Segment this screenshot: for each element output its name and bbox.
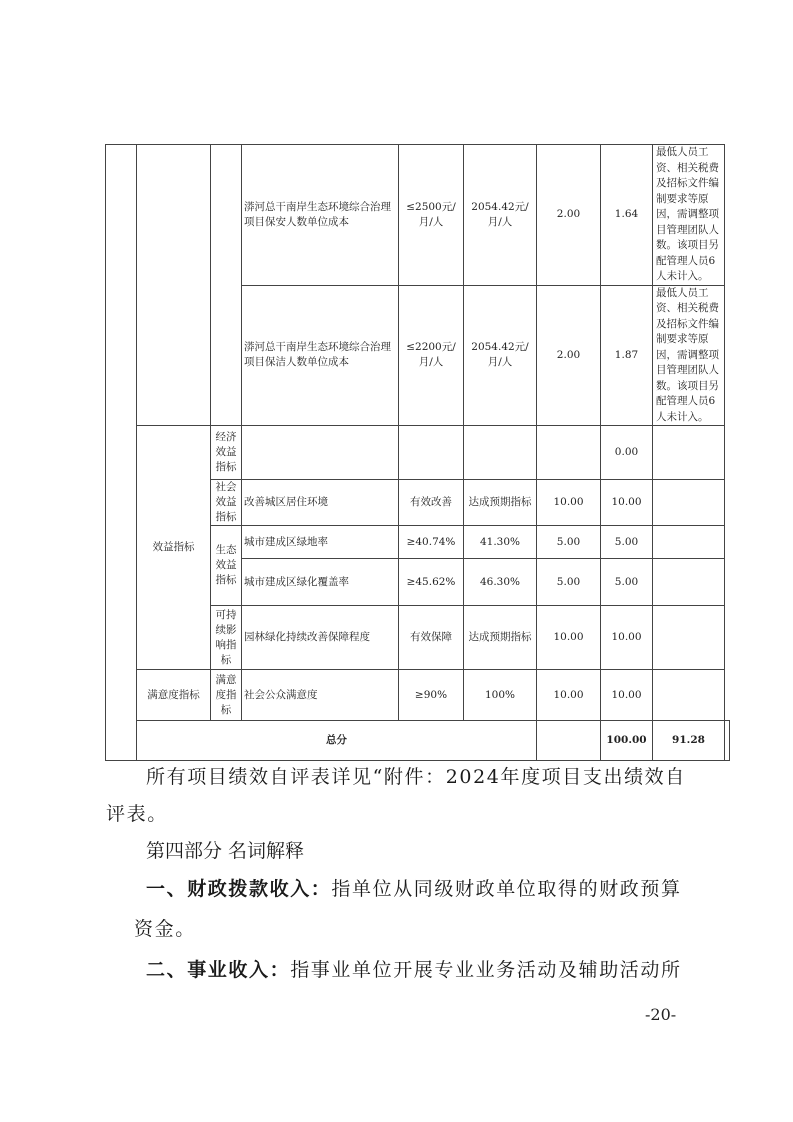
indicator-cell: 城市建成区绿地率: [242, 526, 399, 559]
actual-cell: 2054.42元/月/人: [464, 285, 537, 426]
note-cell: [653, 559, 725, 606]
score-cell: 5.00: [601, 526, 653, 559]
table-row: 漭河总干南岸生态环境综合治理项目保安人数单位成本 ≤2500元/月/人 2054…: [106, 145, 730, 286]
indicator-cell: 漭河总干南岸生态环境综合治理项目保洁人数单位成本: [242, 285, 399, 426]
level2-indicator-cell: [137, 145, 211, 426]
performance-evaluation-table: 漭河总干南岸生态环境综合治理项目保安人数单位成本 ≤2500元/月/人 2054…: [105, 144, 730, 761]
score-cell: 0.00: [601, 426, 653, 480]
weight-cell: 2.00: [537, 285, 601, 426]
term-definition-1-continuation: 资金。: [134, 914, 196, 941]
actual-cell: 46.30%: [464, 559, 537, 606]
score-cell: 5.00: [601, 559, 653, 606]
target-cell: 有效保障: [399, 606, 464, 670]
note-cell: [653, 606, 725, 670]
total-weight-cell: 100.00: [601, 721, 653, 761]
target-cell: [399, 426, 464, 480]
indicator-cell: 改善城区居住环境: [242, 480, 399, 526]
page-number: -20-: [645, 1005, 676, 1024]
note-cell: [653, 526, 725, 559]
score-cell: 1.64: [601, 145, 653, 286]
weight-cell: 10.00: [537, 606, 601, 670]
weight-cell: 5.00: [537, 526, 601, 559]
target-cell: ≥40.74%: [399, 526, 464, 559]
term-text: 指单位从同级财政单位取得的财政预算: [331, 878, 681, 900]
weight-cell: 5.00: [537, 559, 601, 606]
table-row: 满意度指标 满意度指标 社会公众满意度 ≥90% 100% 10.00 10.0…: [106, 670, 730, 721]
table-row: 效益指标 经济效益指标 0.00: [106, 426, 730, 480]
target-cell: 有效改善: [399, 480, 464, 526]
term-definition-1: 一、财政拨款收入：指单位从同级财政单位取得的财政预算: [146, 874, 682, 901]
weight-cell: 10.00: [537, 670, 601, 721]
actual-cell: 达成预期指标: [464, 480, 537, 526]
actual-cell: 2054.42元/月/人: [464, 145, 537, 286]
total-score-cell: 91.28: [653, 721, 725, 761]
document-page: 漭河总干南岸生态环境综合治理项目保安人数单位成本 ≤2500元/月/人 2054…: [0, 0, 793, 1122]
total-note-cell: [725, 721, 730, 761]
total-actual-cell: [537, 721, 601, 761]
weight-cell: [537, 426, 601, 480]
sub-indicator-cell: 可持续影响指标: [211, 606, 242, 670]
sub-indicator-cell: 社会效益指标: [211, 480, 242, 526]
satisfaction-category-cell: 满意度指标: [137, 670, 211, 721]
body-paragraph: 所有项目绩效自评表详见“附件：2024年度项目支出绩效自: [146, 762, 686, 789]
term-label: 二、事业收入：: [146, 959, 290, 981]
note-cell: 最低人员工资、相关税费及招标文件编制要求等原因，需调整项目管理团队人数。该项目另…: [653, 145, 725, 286]
score-cell: 10.00: [601, 606, 653, 670]
section-heading: 第四部分 名词解释: [146, 836, 304, 863]
score-cell: 1.87: [601, 285, 653, 426]
indicator-cell: 漭河总干南岸生态环境综合治理项目保安人数单位成本: [242, 145, 399, 286]
target-cell: ≤2200元/月/人: [399, 285, 464, 426]
sub-indicator-cell: 满意度指标: [211, 670, 242, 721]
actual-cell: 达成预期指标: [464, 606, 537, 670]
score-cell: 10.00: [601, 480, 653, 526]
total-row: 总分 100.00 91.28: [106, 721, 730, 761]
note-cell: [653, 670, 725, 721]
indicator-cell: 城市建成区绿化覆盖率: [242, 559, 399, 606]
weight-cell: 10.00: [537, 480, 601, 526]
term-label: 一、财政拨款收入：: [146, 878, 331, 900]
actual-cell: 100%: [464, 670, 537, 721]
actual-cell: [464, 426, 537, 480]
indicator-cell: 社会公众满意度: [242, 670, 399, 721]
body-paragraph-continuation: 评表。: [106, 799, 168, 826]
target-cell: ≥90%: [399, 670, 464, 721]
note-cell: 最低人员工资、相关税费及招标文件编制要求等原因，需调整项目管理团队人数。该项目另…: [653, 285, 725, 426]
note-cell: [653, 480, 725, 526]
total-label-cell: 总分: [137, 721, 537, 761]
indicator-cell: [242, 426, 399, 480]
note-cell: [653, 426, 725, 480]
actual-cell: 41.30%: [464, 526, 537, 559]
score-cell: 10.00: [601, 670, 653, 721]
weight-cell: 2.00: [537, 145, 601, 286]
target-cell: ≤2500元/月/人: [399, 145, 464, 286]
sub-indicator-cell: 生态效益指标: [211, 526, 242, 606]
indicator-cell: 园林绿化持续改善保障程度: [242, 606, 399, 670]
term-text: 指事业单位开展专业业务活动及辅助活动所: [290, 959, 681, 981]
sub-indicator-cell: 经济效益指标: [211, 426, 242, 480]
level3-indicator-cell: [211, 145, 242, 426]
benefit-category-cell: 效益指标: [137, 426, 211, 670]
level1-indicator-cell: [106, 145, 137, 761]
term-definition-2: 二、事业收入：指事业单位开展专业业务活动及辅助活动所: [146, 955, 682, 982]
target-cell: ≥45.62%: [399, 559, 464, 606]
